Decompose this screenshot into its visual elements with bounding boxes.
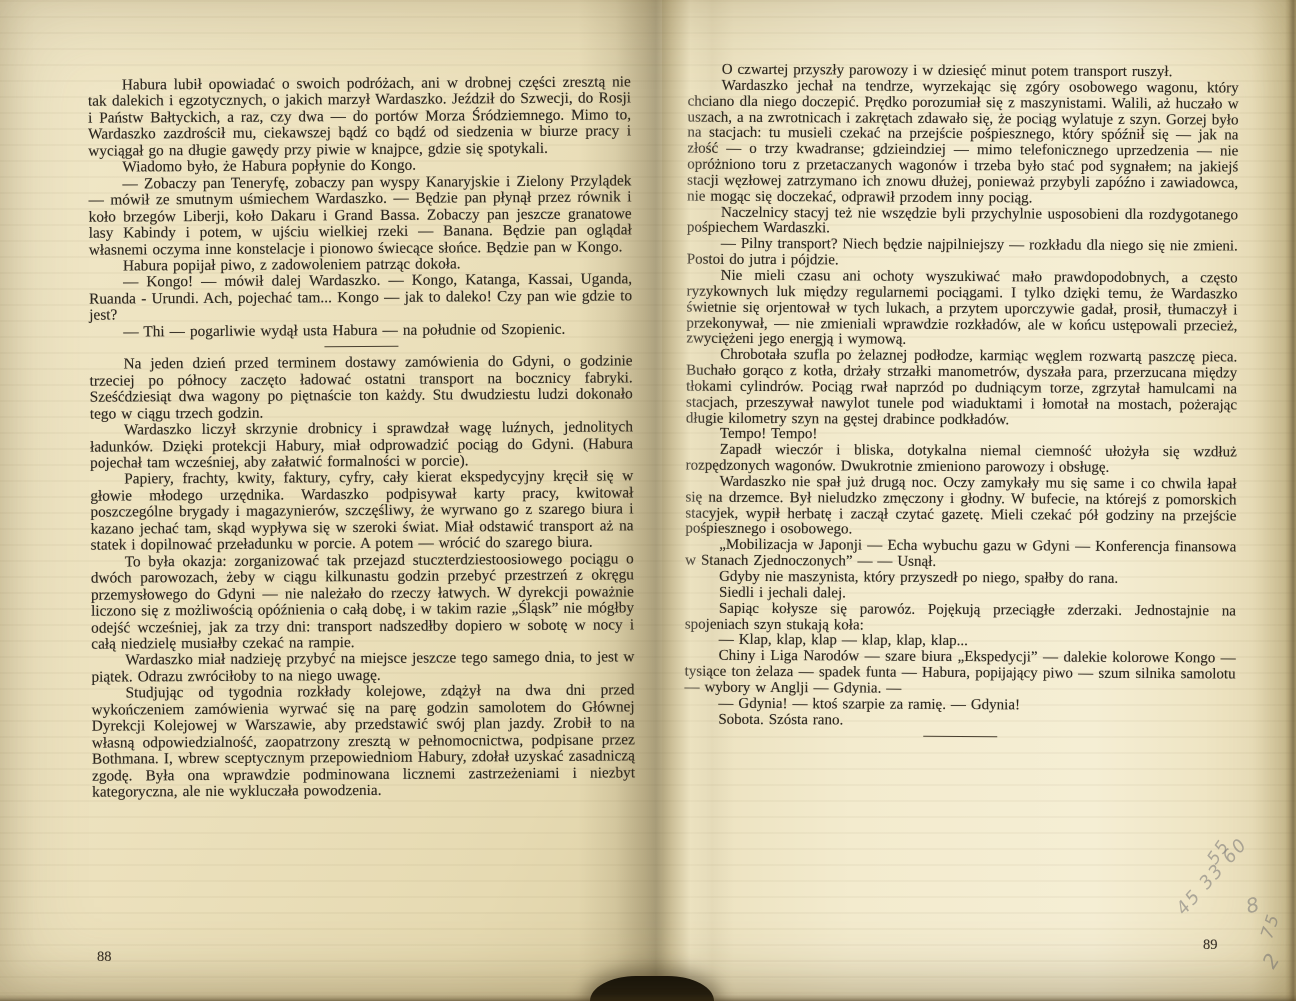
paragraph: Naczelnicy stacyj też nie wszędzie byli … [687,205,1238,240]
paragraph: Wardaszko miał nadzieję przybyć na miejs… [91,650,634,686]
right-page-text-column: O czwartej przyszły parowozy i w dziesię… [684,63,1239,747]
paragraph: Chrobotała szufla po żelaznej podłodze, … [686,348,1237,430]
paragraph: Na jeden dzień przed terminem dostawy za… [90,354,633,423]
paragraph: Chiny i Liga Narodów — szare biura „Eksp… [684,649,1235,699]
paragraph: Zapadł wieczór i bliska, dotykalna niema… [686,443,1237,478]
paragraph: Habura lubił opowiadać o swoich podróżac… [88,74,631,160]
paragraph: Wardaszko liczył skrzynie drobnicy i spr… [90,419,633,472]
paragraph: Sapiąc kołysze się parowóz. Pojękują prz… [685,601,1236,636]
left-page-text-column: Habura lubił opowiadać o swoich podróżac… [88,74,635,801]
paragraph: — Thi — pogarliwie wydął usta Habura — n… [89,321,632,341]
page-number-left: 88 [97,949,112,966]
paragraph: To była okazja: zorganizować tak przejaz… [91,551,635,653]
paragraph: Wardaszko nie spał już drugą noc. Oczy z… [685,474,1236,540]
page-number-right: 89 [1203,937,1218,954]
paragraph: — Kongo! — mówił dalej Wardaszko. — Kong… [89,272,632,325]
paragraph: Sobota. Szósta rano. [684,712,1235,731]
paragraph: — Pilny transport? Niech będzie najpilni… [687,237,1238,272]
section-divider [923,736,997,737]
paragraph: Nie mieli czasu ani ochoty wyszukiwać ma… [686,269,1237,351]
section-divider [324,346,398,347]
paragraph: „Mobilizacja w Japonji — Echa wybuchu ga… [685,538,1236,573]
book-scan: Habura lubił opowiadać o swoich podróżac… [0,0,1296,1001]
paragraph: Wardaszko jechał na tendrze, wyrzekając … [687,78,1239,208]
paragraph: Studjując od tygodnia rozkłady kolejowe,… [92,683,636,801]
paragraph: — Zobaczy pan Teneryfę, zobaczy pan wysp… [88,173,631,259]
paragraph: Papiery, frachty, kwity, faktury, cyfry,… [90,469,633,555]
